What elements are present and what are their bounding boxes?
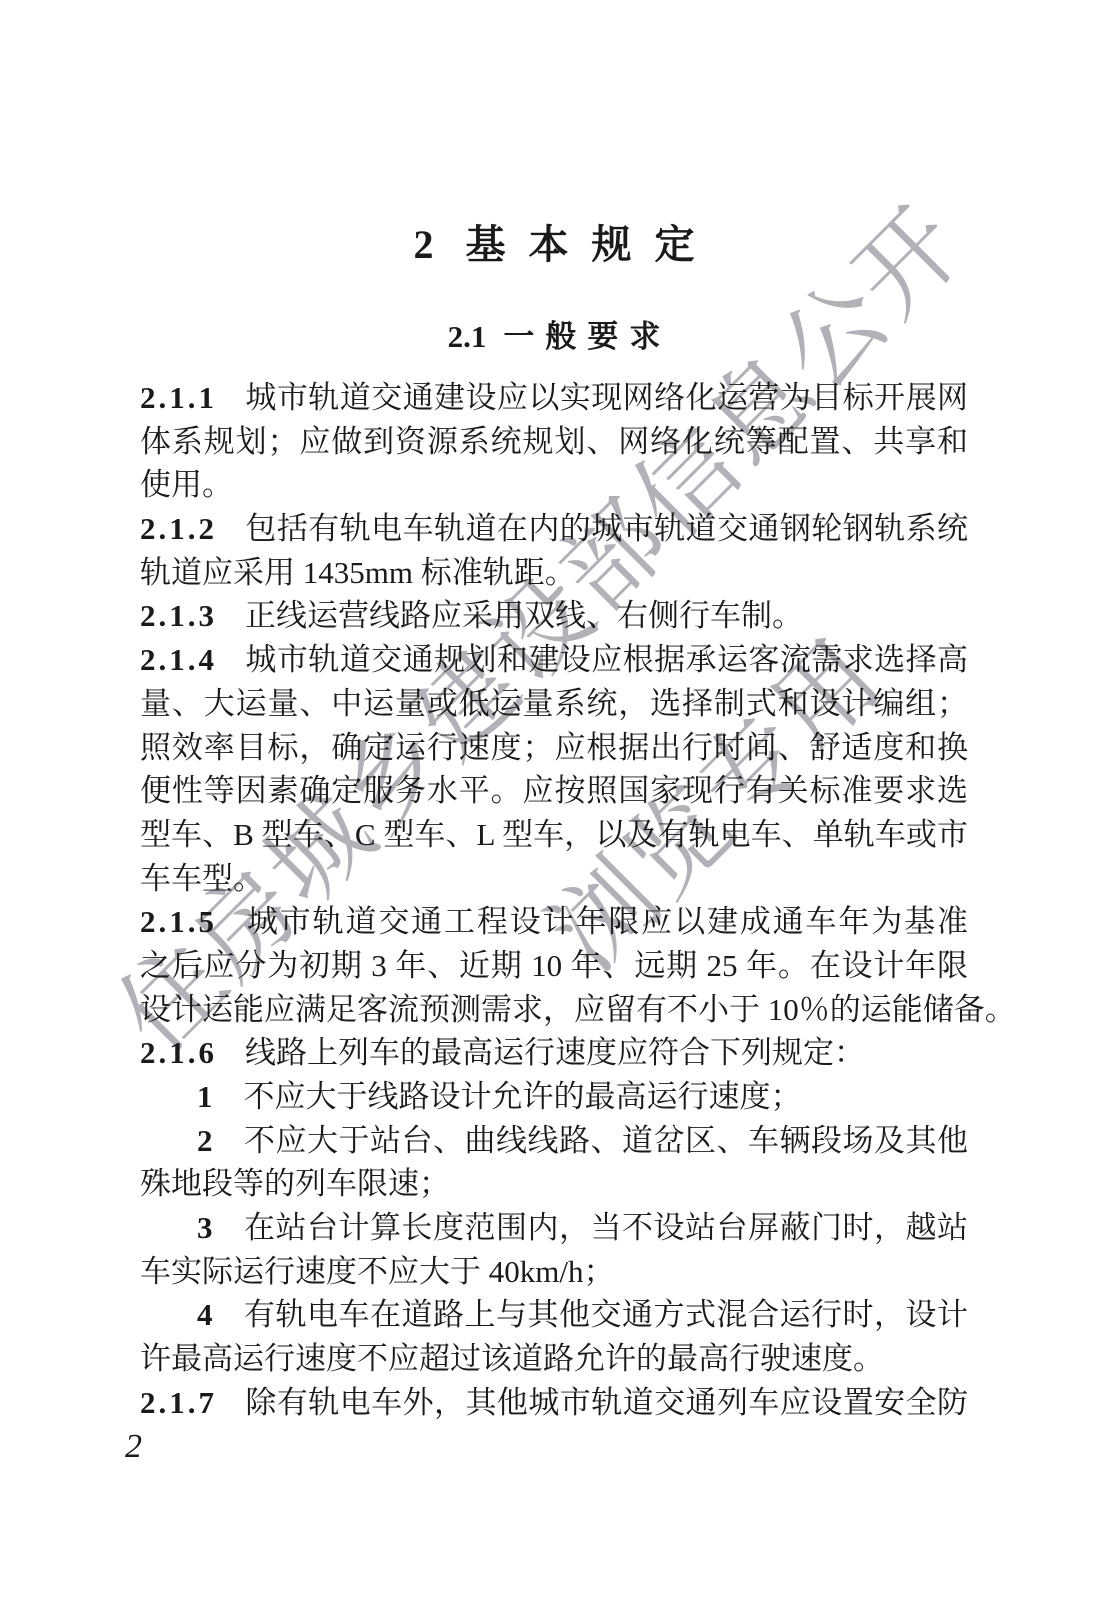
line-text: 不应大于线路设计允许的最高运行速度； bbox=[244, 1079, 802, 1114]
section-number: 2.1 bbox=[448, 319, 487, 354]
clause-number: 2.1.1 bbox=[140, 380, 217, 415]
clause-line: 车车型。 bbox=[140, 857, 968, 901]
line-text: 照效率目标，确定运行速度；应根据出行时间、舒适度和换乘方 bbox=[140, 730, 968, 770]
clause-number: 3 bbox=[197, 1210, 216, 1245]
clause-line: 型车、B 型车、C 型车、L 型车，以及有轨电车、单轨车或市域 bbox=[140, 813, 968, 857]
clause-line: 2.1.2包括有轨电车轨道在内的城市轨道交通钢轮钢轨系统的 bbox=[140, 507, 968, 551]
clause-number: 2.1.4 bbox=[140, 642, 217, 677]
line-text: 在站台计算长度范围内，当不设站台屏蔽门时，越站列 bbox=[197, 1210, 968, 1250]
document-body: 2.1.1城市轨道交通建设应以实现网络化运营为目标开展网络体系规划；应做到资源系… bbox=[140, 376, 968, 1425]
line-text: 许最高运行速度不应超过该道路允许的最高行驶速度。 bbox=[140, 1341, 884, 1376]
section-title-text: 一般要求 bbox=[503, 319, 671, 354]
subitem-line: 1不应大于线路设计允许的最高运行速度； bbox=[140, 1075, 968, 1119]
line-text: 之后应分为初期 3 年、近期 10 年、远期 25 年。在设计年限内， bbox=[140, 948, 968, 988]
chapter-number: 2 bbox=[414, 222, 434, 267]
clause-line: 之后应分为初期 3 年、近期 10 年、远期 25 年。在设计年限内， bbox=[140, 944, 968, 988]
clause-line: 2.1.6线路上列车的最高运行速度应符合下列规定： bbox=[140, 1031, 968, 1075]
line-text: 车车型。 bbox=[140, 861, 264, 896]
clause-line: 轨道应采用 1435mm 标准轨距。 bbox=[140, 551, 968, 595]
clause-line: 2.1.4城市轨道交通规划和建设应根据承运客流需求选择高运 bbox=[140, 638, 968, 682]
clause-line: 量、大运量、中运量或低运量系统，选择制式和设计编组；应按 bbox=[140, 682, 968, 726]
subitem-line: 许最高运行速度不应超过该道路允许的最高行驶速度。 bbox=[140, 1337, 968, 1381]
clause-line: 2.1.3正线运营线路应采用双线、右侧行车制。 bbox=[140, 594, 968, 638]
clause-number: 2.1.6 bbox=[140, 1035, 217, 1070]
line-text: 线路上列车的最高运行速度应符合下列规定： bbox=[245, 1035, 865, 1070]
subitem-line: 车实际运行速度不应大于 40km/h； bbox=[140, 1250, 968, 1294]
line-text: 便性等因素确定服务水平。应按照国家现行有关标准要求选择 A bbox=[140, 773, 968, 813]
subitem-line: 殊地段等的列车限速； bbox=[140, 1162, 968, 1206]
clause-number: 4 bbox=[197, 1297, 216, 1332]
line-text: 城市轨道交通工程设计年限应以建成通车年为基准年， bbox=[140, 904, 968, 944]
chapter-title: 2基本规定 bbox=[140, 222, 968, 268]
line-text: 量、大运量、中运量或低运量系统，选择制式和设计编组；应按 bbox=[140, 686, 968, 726]
clause-number: 2.1.5 bbox=[140, 904, 217, 939]
clause-line: 体系规划；应做到资源系统规划、网络化统筹配置、共享和方便 bbox=[140, 420, 968, 464]
clause-line: 便性等因素确定服务水平。应按照国家现行有关标准要求选择 A bbox=[140, 769, 968, 813]
line-text: 除有轨电车外，其他城市轨道交通列车应设置安全防护 bbox=[140, 1385, 968, 1425]
clause-line: 2.1.5城市轨道交通工程设计年限应以建成通车年为基准年， bbox=[140, 900, 968, 944]
clause-line: 使用。 bbox=[140, 463, 968, 507]
line-text: 体系规划；应做到资源系统规划、网络化统筹配置、共享和方便 bbox=[140, 424, 968, 464]
chapter-title-text: 基本规定 bbox=[466, 223, 718, 267]
clause-number: 2.1.2 bbox=[140, 511, 217, 546]
document-page: 住房城乡建设部信息公开 浏览专用 2基本规定 2.1一般要求 2.1.1城市轨道… bbox=[0, 0, 1103, 1597]
page-number: 2 bbox=[125, 1428, 142, 1466]
clause-number: 1 bbox=[197, 1079, 216, 1114]
subitem-line: 4有轨电车在道路上与其他交通方式混合运行时，设计允 bbox=[140, 1293, 968, 1337]
clause-number: 2.1.3 bbox=[140, 598, 217, 633]
line-text: 包括有轨电车轨道在内的城市轨道交通钢轮钢轨系统的 bbox=[140, 511, 968, 551]
line-text: 车实际运行速度不应大于 40km/h； bbox=[140, 1254, 614, 1289]
subitem-line: 3在站台计算长度范围内，当不设站台屏蔽门时，越站列 bbox=[140, 1206, 968, 1250]
clause-number: 2.1.7 bbox=[140, 1385, 217, 1420]
line-text: 设计运能应满足客流预测需求，应留有不小于 10％的运能储备。 bbox=[140, 992, 1016, 1027]
line-text: 不应大于站台、曲线线路、道岔区、车辆段场及其他特 bbox=[197, 1123, 968, 1163]
section-title: 2.1一般要求 bbox=[140, 319, 968, 355]
subitem-line: 2不应大于站台、曲线线路、道岔区、车辆段场及其他特 bbox=[140, 1119, 968, 1163]
clause-line: 2.1.7除有轨电车外，其他城市轨道交通列车应设置安全防护 bbox=[140, 1381, 968, 1425]
clause-line: 设计运能应满足客流预测需求，应留有不小于 10％的运能储备。 bbox=[140, 988, 968, 1032]
line-text: 正线运营线路应采用双线、右侧行车制。 bbox=[245, 598, 803, 633]
line-text: 轨道应采用 1435mm 标准轨距。 bbox=[140, 555, 576, 590]
line-text: 使用。 bbox=[140, 467, 233, 502]
clause-line: 2.1.1城市轨道交通建设应以实现网络化运营为目标开展网络 bbox=[140, 376, 968, 420]
line-text: 城市轨道交通建设应以实现网络化运营为目标开展网络 bbox=[140, 380, 968, 420]
line-text: 型车、B 型车、C 型车、L 型车，以及有轨电车、单轨车或市域 bbox=[140, 817, 968, 857]
clause-number: 2 bbox=[197, 1123, 216, 1158]
line-text: 城市轨道交通规划和建设应根据承运客流需求选择高运 bbox=[140, 642, 968, 682]
line-text: 有轨电车在道路上与其他交通方式混合运行时，设计允 bbox=[197, 1297, 968, 1337]
clause-line: 照效率目标，确定运行速度；应根据出行时间、舒适度和换乘方 bbox=[140, 726, 968, 770]
line-text: 殊地段等的列车限速； bbox=[140, 1166, 450, 1201]
